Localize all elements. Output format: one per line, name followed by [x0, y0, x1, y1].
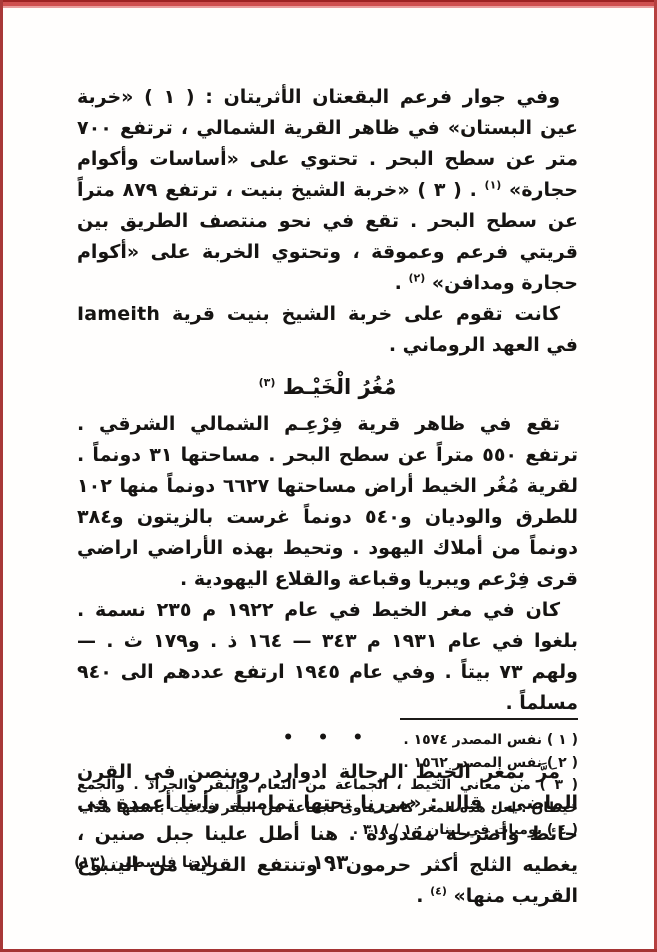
book-series-label: بلادنا فلسطين (١٣): [74, 853, 218, 871]
footnote-3: ( ٣ ) من معاني الخيط ، الجماعة من النعام…: [77, 774, 578, 819]
paragraph-village-lands: تقع في ظاهر قرية فِرْعِـم الشمالي الشرقي…: [77, 409, 578, 595]
footnote-2: ( ٢ ) نفس المصدر ١٥٦٢ .: [77, 752, 578, 775]
footnote-1: ( ١ ) نفس المصدر ١٥٧٤ .: [77, 729, 578, 752]
footnote-ref-2: (٢): [408, 272, 425, 285]
paragraph-population: كان في مغر الخيط في عام ١٩٢٢ م ٢٣٥ نسمة …: [77, 595, 578, 719]
paragraph-text: .: [395, 272, 409, 294]
page-number: ١٩٣: [290, 850, 370, 874]
footnote-ref-4: (٤): [430, 885, 447, 898]
footnote-ref-3: (٣): [259, 376, 276, 389]
heading-text: مُغُرُ الْخَيْـط: [283, 375, 397, 399]
footnotes-section: ( ١ ) نفس المصدر ١٥٧٤ . ( ٢ ) نفس المصدر…: [77, 718, 578, 842]
paragraph-text: .: [416, 885, 430, 907]
section-heading-mughr-al-khayt: مُغُرُ الْخَيْـط (٣): [77, 372, 578, 402]
footnote-4: ( ٤ ) يوميات في لبنان : ١ / ٣١٨ .: [77, 819, 578, 842]
scanned-book-page: وفي جوار فرعم البقعتان الأثريتان : ( ١ )…: [0, 0, 657, 952]
footnote-divider-line: [400, 718, 578, 720]
red-frame-left: [0, 0, 3, 952]
paragraph-roman-era: كانت تقوم على خربة الشيخ بنيت قرية Iamei…: [77, 299, 578, 361]
paragraph-khirbas: وفي جوار فرعم البقعتان الأثريتان : ( ١ )…: [77, 82, 578, 299]
red-frame-top: [0, 0, 657, 8]
footnote-ref-1: (١): [485, 179, 502, 192]
